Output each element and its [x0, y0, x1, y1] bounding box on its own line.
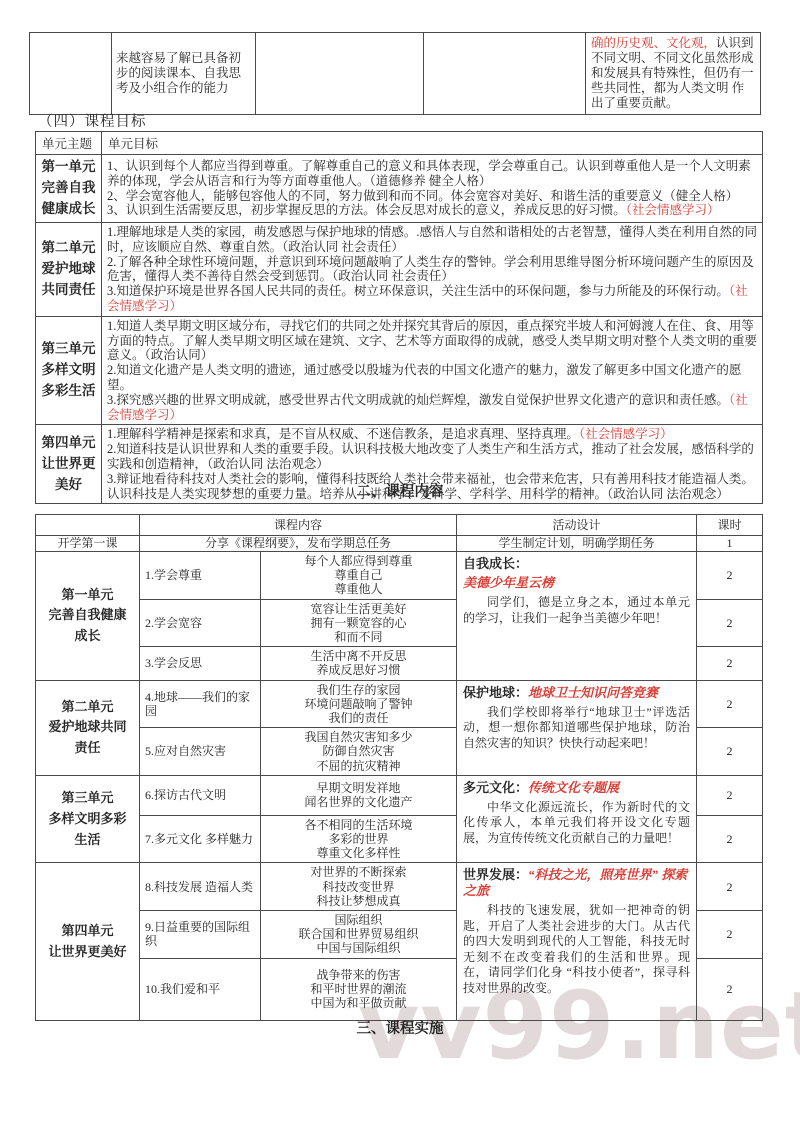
- content-header-row: 课程内容 活动设计 课时: [36, 515, 763, 536]
- goal-tag: （社会情感学习）: [626, 203, 720, 217]
- unit3-goals: 1.知道人类早期文明区域分布，寻找它们的共同之处并探究其背后的原因，重点探究半坡…: [102, 316, 763, 425]
- lesson-title: 5.应对自然灾害: [140, 728, 261, 776]
- objectives-header-row: 单元主题 单元目标: [36, 132, 763, 155]
- goal-item: 2.知道科技是认识世界和人类的重要手段。认识科技极大地改变了人类生产和生活方式，…: [107, 442, 757, 472]
- lesson-points: 国际组织 联合国和世界贸易组织 中国与国际组织: [261, 911, 457, 959]
- content-unit4-activity: 世界发展：“科技之光，照亮世界” 探索之旅 科技的飞速发展，犹如一把神奇的钥匙，…: [457, 863, 697, 1020]
- carryover-cell-ability: 来越容易了解已具备初步的阅读课本、自我思考及小组合作的能力: [112, 33, 256, 115]
- carryover-ability-text: 来越容易了解已具备初步的阅读课本、自我思考及小组合作的能力: [116, 51, 241, 95]
- lesson-hours: 2: [697, 775, 763, 815]
- objectives-row-unit3: 第三单元 多样文明 多彩生活 1.知道人类早期文明区域分布，寻找它们的共同之处并…: [36, 316, 763, 425]
- goal-text: 3、认识到生活需要反思，初步掌握反思的方法。体会反思对成长的意义，养成反思的好习…: [107, 203, 626, 217]
- content-header-empty: [36, 515, 140, 536]
- goal-text: 2.知道科技是认识世界和人类的重要手段。认识科技极大地改变了人类生产和生活方式，…: [107, 442, 754, 471]
- activity-label: 保护地球：: [463, 685, 528, 700]
- content-unit1-activity: 自我成长：美德少年星云榜 同学们，德是立身之本，通过本单元的学习，让我们一起争当…: [457, 552, 697, 681]
- lesson-points: 生活中离不开反思 养成反思好习惯: [261, 647, 457, 680]
- lesson-title: 9.日益重要的国际组织: [140, 911, 261, 959]
- activity-highlight: 地球卫士知识问答竞赛: [528, 685, 658, 700]
- goal-item: 3.知道保护环境是世界各国人民共同的责任。树立环保意识，关注生活中的环保问题，参…: [107, 284, 757, 314]
- activity-desc: 同学们，德是立身之本，通过本单元的学习，让我们一起争当美德少年吧！: [463, 595, 690, 626]
- activity-label: 世界发展：: [463, 867, 528, 882]
- lesson-title: 7.多元文化 多样魅力: [140, 815, 261, 863]
- goal-text: 1、认识到每个人都应当得到尊重。了解尊重自己的意义和具体表现，学会尊重自己。认识…: [107, 159, 751, 188]
- content-unit1-name: 第一单元 完善自我健康 成长: [36, 552, 140, 681]
- content-unit2-activity: 保护地球：地球卫士知识问答竞赛 我们学校即将举行“地球卫士”评选活动，想一想你都…: [457, 680, 697, 775]
- lesson-hours: 2: [697, 863, 763, 911]
- objectives-table: 单元主题 单元目标 第一单元 完善自我 健康成长 1、认识到每个人都应当得到尊重…: [35, 131, 763, 504]
- content-row: 第三单元 多样文明多彩 生活 6.探访古代文明 早期文明发祥地 闻名世界的文化遗…: [36, 775, 763, 815]
- content-table: 课程内容 活动设计 课时 开学第一课 分享《课程纲要》，发布学期总任务 学生制定…: [35, 514, 763, 1021]
- unit1-theme: 第一单元 完善自我 健康成长: [36, 155, 102, 223]
- goal-item: 2.知道文化遗产是人类文明的遗迹，通过感受以殷墟为代表的中国文化遗产的魅力，激发…: [107, 363, 757, 393]
- content-row: 第一单元 完善自我健康 成长 1.学会尊重 每个人都应得到尊重 尊重自己 尊重他…: [36, 552, 763, 600]
- goal-text: 2.知道文化遗产是人类文明的遗迹，通过感受以殷墟为代表的中国文化遗产的魅力，激发…: [107, 363, 741, 392]
- lesson-hours: 2: [697, 647, 763, 680]
- goal-item: 2、学会宽容他人，能够包容他人的不同，努力做到和而不同。体会宽容对美好、和谐生活…: [107, 189, 757, 204]
- section-heading-course-content: 二、课程内容: [0, 480, 800, 501]
- carryover-values-red: 确的历史观、文化观，: [591, 36, 716, 50]
- lesson-points: 对世界的不断探索 科技改变世界 科技让梦想成真: [261, 863, 457, 911]
- content-unit2-name: 第二单元 爱护地球共同 责任: [36, 680, 140, 775]
- activity-label: 自我成长：: [463, 556, 528, 571]
- activity-desc: 科技的飞速发展，犹如一把神奇的钥匙，开启了人类社会进步的大门。从古代的四大发明到…: [463, 903, 690, 996]
- goal-item: 1.知道人类早期文明区域分布，寻找它们的共同之处并探究其背后的原因，重点探究半坡…: [107, 319, 757, 363]
- lesson-title: 1.学会尊重: [140, 552, 261, 600]
- lesson-hours: 2: [697, 911, 763, 959]
- goal-item: 2.了解各种全球性环境问题，并意识到环境问题敲响了人类生存的警钟。学会利用思维导…: [107, 255, 757, 285]
- opening-label: 开学第一课: [36, 536, 140, 552]
- opening-activity: 学生制定计划，明确学期任务: [457, 536, 697, 552]
- goal-item: 1.理解科学精神是探索和求真，是不盲从权威、不迷信教条，是追求真理、坚持真理。（…: [107, 427, 757, 442]
- lesson-title: 10.我们爱和平: [140, 958, 261, 1020]
- section-heading-course-implementation: 三、课程实施: [0, 1017, 800, 1038]
- carryover-row: 来越容易了解已具备初步的阅读课本、自我思考及小组合作的能力 确的历史观、文化观，…: [30, 33, 761, 115]
- opening-content: 分享《课程纲要》，发布学期总任务: [140, 536, 457, 552]
- lesson-points: 我们生存的家园 环境问题敲响了警钟 我们的责任: [261, 680, 457, 728]
- objectives-header-theme: 单元主题: [36, 132, 102, 155]
- activity-title: 自我成长：美德少年星云榜: [463, 556, 690, 591]
- activity-desc: 中华文化源远流长，作为新时代的文化传承人，本单元我们将开设文化专题展，为宣传传统…: [463, 800, 690, 847]
- objectives-row-unit1: 第一单元 完善自我 健康成长 1、认识到每个人都应当得到尊重。了解尊重自己的意义…: [36, 155, 763, 223]
- goal-text: 3.知道保护环境是世界各国人民共同的责任。树立环保意识，关注生活中的环保问题，参…: [107, 284, 729, 298]
- goal-text: 1.知道人类早期文明区域分布，寻找它们的共同之处并探究其背后的原因，重点探究半坡…: [107, 319, 757, 363]
- goal-text: 2.了解各种全球性环境问题，并意识到环境问题敲响了人类生存的警钟。学会利用思维导…: [107, 255, 754, 284]
- document-page: vv99.net 来越容易了解已具备初步的阅读课本、自我思考及小组合作的能力 确…: [0, 0, 800, 1137]
- activity-desc: 我们学校即将举行“地球卫士”评选活动，想一想你都知道哪些保护地球，防治自然灾害的…: [463, 705, 690, 752]
- content-unit3-activity: 多元文化：传统文化专题展 中华文化源远流长，作为新时代的文化传承人，本单元我们将…: [457, 775, 697, 863]
- unit1-goals: 1、认识到每个人都应当得到尊重。了解尊重自己的意义和具体表现，学会尊重自己。认识…: [102, 155, 763, 223]
- lesson-points: 宽容让生活更美好 拥有一颗宽容的心 和而不同: [261, 599, 457, 647]
- carryover-cell-values: 确的历史观、文化观，认识到不同文明、不同文化虽然形成和发展具有特殊性，但仍有一些…: [586, 33, 761, 115]
- activity-label: 多元文化：: [463, 780, 528, 795]
- opening-hours: 1: [697, 536, 763, 552]
- unit2-theme: 第二单元 爱护地球 共同责任: [36, 223, 102, 317]
- lesson-hours: 2: [697, 552, 763, 600]
- goal-item: 3.探究感兴趣的世界文明成就，感受世界古代文明成就的灿烂辉煌，激发自觉保护世界文…: [107, 393, 757, 423]
- opening-lesson-row: 开学第一课 分享《课程纲要》，发布学期总任务 学生制定计划，明确学期任务 1: [36, 536, 763, 552]
- activity-title: 世界发展：“科技之光，照亮世界” 探索之旅: [463, 867, 690, 899]
- content-row: 第四单元 让世界更美好 8.科技发展 造福人类 对世界的不断探索 科技改变世界 …: [36, 863, 763, 911]
- lesson-title: 3.学会反思: [140, 647, 261, 680]
- carryover-cell-empty-1: [30, 33, 112, 115]
- content-unit4-name: 第四单元 让世界更美好: [36, 863, 140, 1020]
- content-header-hours: 课时: [697, 515, 763, 536]
- activity-title: 多元文化：传统文化专题展: [463, 780, 690, 796]
- activity-title: 保护地球：地球卫士知识问答竞赛: [463, 685, 690, 701]
- lesson-title: 6.探访古代文明: [140, 775, 261, 815]
- content-row: 第二单元 爱护地球共同 责任 4.地球——我们的家园 我们生存的家园 环境问题敲…: [36, 680, 763, 728]
- goal-text: 3.探究感兴趣的世界文明成就，感受世界古代文明成就的灿烂辉煌，激发自觉保护世界文…: [107, 393, 729, 407]
- goal-text: 1.理解地球是人类的家园，萌发感恩与保护地球的情感。.感悟人与自然和谐相处的古老…: [107, 225, 757, 254]
- activity-highlight: 传统文化专题展: [528, 780, 619, 795]
- goal-text: 1.理解科学精神是探索和求真，是不盲从权威、不迷信教条，是追求真理、坚持真理。: [107, 427, 579, 441]
- lesson-points: 战争带来的伤害 和平时世界的潮流 中国为和平做贡献: [261, 958, 457, 1020]
- section-heading-course-objectives: （四）课程目标: [38, 110, 147, 131]
- goal-item: 1.理解地球是人类的家园，萌发感恩与保护地球的情感。.感悟人与自然和谐相处的古老…: [107, 225, 757, 255]
- objectives-row-unit2: 第二单元 爱护地球 共同责任 1.理解地球是人类的家园，萌发感恩与保护地球的情感…: [36, 223, 763, 317]
- unit3-theme: 第三单元 多样文明 多彩生活: [36, 316, 102, 425]
- content-header-activity: 活动设计: [457, 515, 697, 536]
- activity-highlight: 美德少年星云榜: [463, 575, 690, 591]
- lesson-title: 4.地球——我们的家园: [140, 680, 261, 728]
- lesson-hours: 2: [697, 680, 763, 728]
- carryover-cell-empty-2: [256, 33, 424, 115]
- lesson-hours: 2: [697, 728, 763, 776]
- lesson-points: 每个人都应得到尊重 尊重自己 尊重他人: [261, 552, 457, 600]
- objectives-header-goal: 单元目标: [102, 132, 763, 155]
- lesson-title: 8.科技发展 造福人类: [140, 863, 261, 911]
- goal-item: 3、认识到生活需要反思，初步掌握反思的方法。体会反思对成长的意义，养成反思的好习…: [107, 203, 757, 218]
- lesson-hours: 2: [697, 815, 763, 863]
- goal-item: 1、认识到每个人都应当得到尊重。了解尊重自己的意义和具体表现，学会尊重自己。认识…: [107, 159, 757, 189]
- lesson-points: 早期文明发祥地 闻名世界的文化遗产: [261, 775, 457, 815]
- lesson-points: 各不相同的生活环境 多彩的世界 尊重文化多样性: [261, 815, 457, 863]
- carryover-table: 来越容易了解已具备初步的阅读课本、自我思考及小组合作的能力 确的历史观、文化观，…: [29, 32, 761, 115]
- goal-tag: （社会情感学习）: [579, 427, 673, 441]
- lesson-points: 我国自然灾害知多少 防御自然灾害 不屈的抗灾精神: [261, 728, 457, 776]
- content-unit3-name: 第三单元 多样文明多彩 生活: [36, 775, 140, 863]
- content-header-content: 课程内容: [140, 515, 457, 536]
- unit2-goals: 1.理解地球是人类的家园，萌发感恩与保护地球的情感。.感悟人与自然和谐相处的古老…: [102, 223, 763, 317]
- lesson-title: 2.学会宽容: [140, 599, 261, 647]
- carryover-cell-empty-3: [424, 33, 586, 115]
- lesson-hours: 2: [697, 599, 763, 647]
- lesson-hours: 2: [697, 958, 763, 1020]
- goal-text: 2、学会宽容他人，能够包容他人的不同，努力做到和而不同。体会宽容对美好、和谐生活…: [107, 189, 738, 203]
